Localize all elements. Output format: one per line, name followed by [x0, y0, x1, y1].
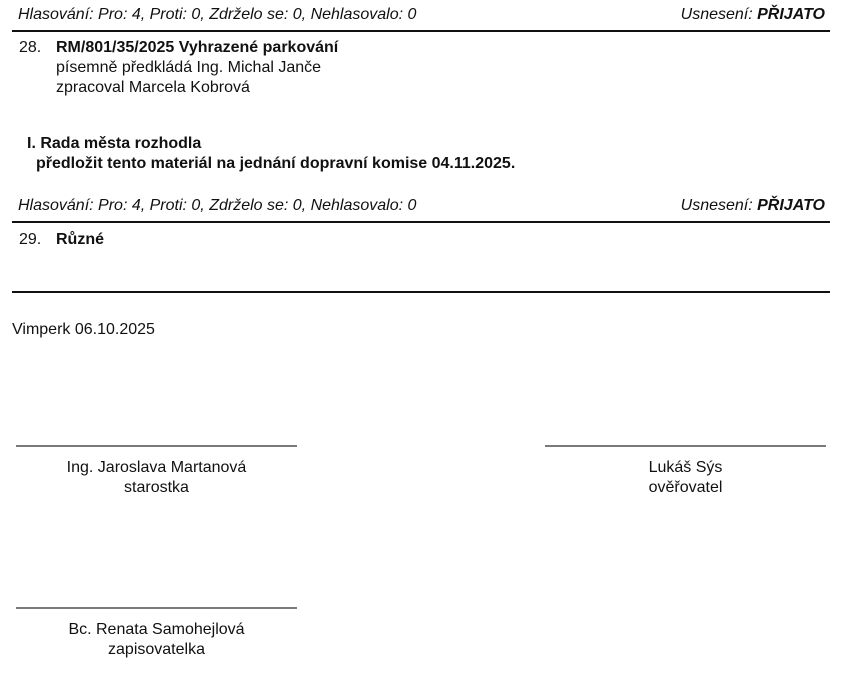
signatory-role: zapisovatelka: [16, 640, 297, 660]
signature-block: Lukáš Sýs ověřovatel: [545, 458, 826, 498]
signature-line: [545, 445, 826, 447]
signatory-role: starostka: [16, 478, 297, 498]
resolution-status: Usnesení: PŘIJATO: [681, 5, 825, 25]
resolution-heading: I. Rada města rozhodla: [27, 134, 201, 154]
agenda-item-title: RM/801/35/2025 Vyhrazené parkování: [56, 38, 338, 58]
resolution-text: předložit tento materiál na jednání dopr…: [36, 154, 515, 174]
place-date: Vimperk 06.10.2025: [12, 320, 155, 340]
agenda-item-title: Různé: [56, 230, 104, 250]
divider: [12, 291, 830, 293]
agenda-item-processor: zpracoval Marcela Kobrová: [56, 78, 250, 98]
signature-block: Bc. Renata Samohejlová zapisovatelka: [16, 620, 297, 660]
resolution-result: PŘIJATO: [757, 197, 825, 214]
resolution-label: Usnesení:: [681, 6, 757, 23]
agenda-item-presenter: písemně předkládá Ing. Michal Janče: [56, 58, 321, 78]
signatory-name: Bc. Renata Samohejlová: [16, 620, 297, 640]
divider: [12, 30, 830, 32]
resolution-status: Usnesení: PŘIJATO: [681, 196, 825, 216]
divider: [12, 221, 830, 223]
resolution-result: PŘIJATO: [757, 6, 825, 23]
signature-line: [16, 445, 297, 447]
vote-summary: Hlasování: Pro: 4, Proti: 0, Zdrželo se:…: [18, 5, 416, 25]
signatory-name: Lukáš Sýs: [545, 458, 826, 478]
signature-line: [16, 607, 297, 609]
signature-block: Ing. Jaroslava Martanová starostka: [16, 458, 297, 498]
resolution-label: Usnesení:: [681, 197, 757, 214]
agenda-item-number: 29.: [19, 230, 41, 250]
signatory-role: ověřovatel: [545, 478, 826, 498]
vote-summary: Hlasování: Pro: 4, Proti: 0, Zdrželo se:…: [18, 196, 416, 216]
agenda-item-number: 28.: [19, 38, 41, 58]
signatory-name: Ing. Jaroslava Martanová: [16, 458, 297, 478]
